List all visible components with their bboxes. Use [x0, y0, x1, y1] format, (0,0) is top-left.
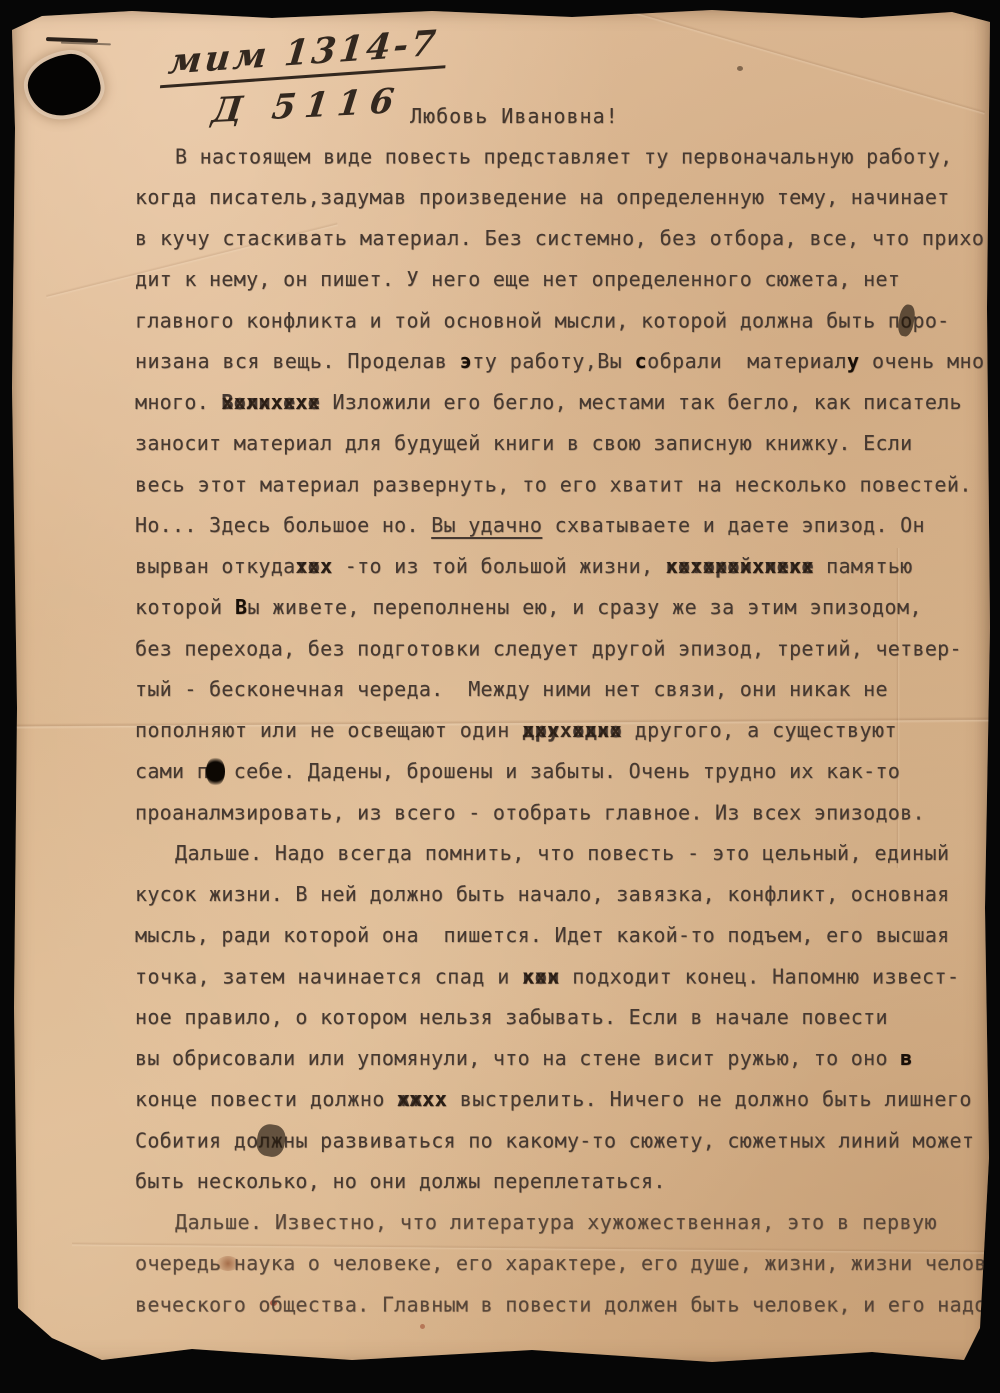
typed-segment: обрали материал: [647, 349, 847, 373]
typed-segment-b: В: [235, 595, 248, 619]
typed-line-14: тый - бесконечная череда. Между ними нет…: [135, 669, 990, 710]
typed-line-26: быть несколько, но они должы переплетать…: [135, 1161, 990, 1202]
typed-line-23: вы обрисовали или упомянули, что на стен…: [135, 1038, 990, 1079]
typed-segment: конце повести должно: [135, 1087, 397, 1111]
typed-segment: без перехода, без подготовки следует дру…: [135, 637, 962, 661]
typed-segment-x: Волихехе: [221, 382, 320, 423]
typed-line-20: мысль, ради которой она пишется. Идет ка…: [135, 915, 990, 956]
typed-line-15: пополняют или не освещают один дру одно …: [135, 710, 990, 751]
typed-segment: В настоящем виде повесть представляет ту…: [175, 145, 952, 169]
paper-sheet: мим 1314-7 Д 5116 Любовь Ивановна! В нас…: [12, 8, 990, 1370]
typed-segment: много.: [135, 390, 221, 414]
typed-segment: заносит материал для будущей книги в сво…: [135, 431, 912, 455]
typed-line-16: сами по себе. Дадены, брошены и забыты. …: [135, 751, 990, 792]
typed-line-11: вырван откудатох -то из той большой жизн…: [135, 546, 990, 587]
typed-segment: точка, затем начинается спад и: [135, 965, 522, 989]
handwritten-archive-number: мим 1314-7: [160, 22, 451, 88]
typed-segment: Дальше. Надо всегда помнить, что повесть…: [175, 841, 949, 865]
typed-segment-x: дру одно: [522, 710, 622, 751]
typed-segment-x: кон: [522, 957, 559, 998]
typed-segment: проаналмзировать, из всего - отобрать гл…: [135, 801, 925, 825]
typed-segment: мысль, ради которой она пишется. Идет ка…: [135, 923, 950, 947]
typed-line-4: дит к нему, он пишет. У него еще нет опр…: [135, 259, 990, 300]
typed-segment-b: в: [900, 1046, 912, 1070]
paper-crease: [619, 6, 986, 116]
typed-segment: другого, а существуют: [622, 718, 897, 742]
typed-line-24: конце повести должно жжхх выстрелить. Ни…: [135, 1079, 990, 1120]
typed-line-22: ное правило, о котором нельзя забывать. …: [135, 997, 990, 1038]
typed-line-7: много. Волихехе Изложили его бегло, мест…: [135, 382, 990, 423]
typed-line-9: весь этот материал развернуть, то его хв…: [135, 465, 990, 506]
typed-segment: весь этот материал развернуть, то его хв…: [135, 473, 972, 497]
typed-segment: главного конфликта и той основной мысли,…: [135, 309, 900, 333]
typed-segment: когда писатель,задумав произведение на о…: [135, 185, 950, 209]
typed-line-3: в кучу стаскивать материал. Без системно…: [135, 218, 990, 259]
typed-segment: памятью: [814, 554, 913, 578]
typed-segment: низана вся вещь. Проделав: [135, 349, 460, 373]
typed-segment: вырван откуда: [135, 554, 295, 578]
typed-segment: Но... Здесь большое но.: [135, 513, 431, 537]
typed-segment: схватываете и даете эпизод. Он: [542, 513, 925, 537]
typed-segment: -то из той большой жизни,: [332, 554, 665, 578]
typed-segment-x: жжхх: [397, 1079, 447, 1120]
typed-segment-b: с: [635, 349, 648, 373]
typed-segment: ное правило, о котором нельзя забывать. …: [135, 1005, 888, 1029]
typed-segment-x: тох: [295, 546, 332, 587]
typed-segment: сами п: [135, 759, 209, 783]
typed-line-17: проаналмзировать, из всего - отобрать гл…: [135, 793, 990, 834]
typed-segment: ы живете, переполнены ею, и сразу же за …: [247, 595, 922, 619]
typed-line-13: без перехода, без подготовки следует дру…: [135, 629, 990, 670]
typed-line-12: которой Вы живете, переполнены ею, и сра…: [135, 587, 990, 628]
typed-segment-b: у: [847, 349, 860, 373]
typed-line-19: кусок жизни. В ней должно быть начало, з…: [135, 874, 990, 915]
typed-line-5: главного конфликта и той основной мысли,…: [135, 301, 990, 342]
typed-segment: в кучу стаскивать материал. Без системно…: [135, 226, 984, 250]
typed-segment: тый - бесконечная череда. Между ними нет…: [135, 677, 888, 701]
typed-segment: дит к нему, он пишет. У него еще нет опр…: [135, 267, 900, 291]
typed-segment: очень мно: [860, 349, 985, 373]
scan-background: { "colors": { "paper": "#dcb794", "ink":…: [0, 0, 1000, 1393]
typed-segment-x: которойхпеке: [666, 546, 814, 587]
typed-segment: выстрелить. Ничего не должно быть лишнег…: [447, 1087, 972, 1111]
typed-line-6: низана вся вещь. Проделав эту работу,Вы …: [135, 341, 990, 382]
typed-segment-b: э: [460, 349, 473, 373]
typed-segment-smudge: лж: [258, 1121, 283, 1162]
letter-salutation: Любовь Ивановна!: [410, 104, 619, 128]
typed-line-28: очередь наука о человеке, его характере,…: [135, 1243, 990, 1284]
typed-segment: быть несколько, но они должы переплетать…: [135, 1169, 666, 1193]
typed-segment: Изложили его бегло, местами так бегло, к…: [320, 390, 962, 414]
typed-segment: вы обрисовали или упомянули, что на стен…: [135, 1046, 900, 1070]
typed-line-18: Дальше. Надо всегда помнить, что повесть…: [135, 833, 990, 874]
paper-fold-corner: [16, 1324, 104, 1366]
typed-segment-u: Вы удачно: [431, 513, 542, 537]
typed-line-1: В настоящем виде повесть представляет ту…: [135, 137, 990, 178]
typed-line-27: Дальше. Известно, что литература хужожес…: [135, 1202, 990, 1243]
typed-segment: кусок жизни. В ней должно быть начало, з…: [135, 882, 950, 906]
pen-stroke-mark: [46, 37, 98, 43]
typed-segment: себе. Дадены, брошены и забыты. Очень тр…: [221, 759, 900, 783]
handwritten-code-number: Д 5116: [210, 81, 405, 131]
typed-segment-blob: о: [209, 751, 221, 792]
typed-segment: ны развиваться по какому-то сюжету, сюже…: [283, 1129, 974, 1153]
typed-segment: Дальше. Известно, что литература хужожес…: [175, 1210, 937, 1234]
paper-stain: [737, 66, 743, 71]
typed-line-21: точка, затем начинается спад и кон подхо…: [135, 957, 990, 998]
typed-line-29: веческого общества. Главным в повести до…: [135, 1285, 990, 1326]
typed-line-8: заносит материал для будущей книги в сво…: [135, 423, 990, 464]
paper-hole: [24, 50, 104, 119]
typed-segment-smudge: о: [900, 301, 912, 342]
typed-segment: веческого общества. Главным в повести до…: [135, 1293, 987, 1317]
typed-segment: ту работу,Вы: [472, 349, 634, 373]
typed-line-10: Но... Здесь большое но. Вы удачно схваты…: [135, 505, 990, 546]
typed-segment: которой: [135, 595, 235, 619]
typed-segment: очередь наука о человеке, его характере,…: [135, 1251, 987, 1275]
typed-line-2: когда писатель,задумав произведение на о…: [135, 177, 990, 218]
typed-segment: пополняют или не освещают один: [135, 718, 522, 742]
typed-segment: подходит конец. Напомню извест-: [560, 965, 960, 989]
typed-segment: ро-: [913, 309, 950, 333]
typed-text: В настоящем виде повесть представляет ту…: [135, 136, 990, 1370]
typed-line-25: Собития должны развиваться по какому-то …: [135, 1121, 990, 1162]
typed-segment: Собития до: [135, 1129, 258, 1153]
